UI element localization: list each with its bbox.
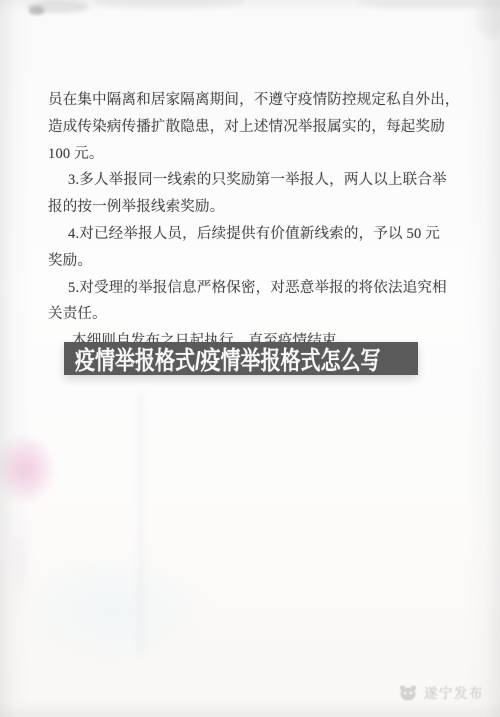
- paper-shadow-smudge: [28, 0, 88, 13]
- doc-line: 100 元。: [48, 141, 462, 168]
- watermark: 遂宁发布: [397, 682, 484, 702]
- headline-banner: 疫情举报格式/疫情举报格式怎么写: [64, 342, 418, 375]
- paper-shadow-smudge: [478, 1, 500, 37]
- panda-logo-icon: [397, 683, 419, 701]
- doc-line: 员在集中隔离和居家隔离期间，不遵守疫情防控规定私自外出，: [48, 87, 462, 114]
- paper-shadow-smudge: [29, 6, 44, 15]
- doc-line: 造成传染病传播扩散隐患，对上述情况举报属实的，每起奖励: [48, 114, 462, 141]
- paper-haze: [0, 535, 230, 685]
- paper-shadow-smudge: [360, 0, 500, 8]
- doc-line-numbered-4: 4.对已经举报人员，后续提供有价值新线索的，予以 50 元: [48, 221, 462, 248]
- paper-crease: [136, 392, 146, 657]
- photo-of-document: 员在集中隔离和居家隔离期间，不遵守疫情防控规定私自外出， 造成传染病传播扩散隐患…: [0, 0, 500, 717]
- doc-line: 报的按一例举报线索奖励。: [48, 194, 462, 221]
- paper-shadow-smudge: [94, 0, 244, 7]
- doc-line: 关责任。: [48, 301, 462, 328]
- doc-line-numbered-3: 3.多人举报同一线索的只奖励第一举报人，两人以上联合举: [48, 167, 462, 194]
- watermark-label: 遂宁发布: [424, 682, 484, 702]
- doc-line: 奖励。: [48, 248, 462, 275]
- document-body: 员在集中隔离和居家隔离期间，不遵守疫情防控规定私自外出， 造成传染病传播扩散隐患…: [48, 87, 462, 355]
- pink-stain-blur: [0, 424, 64, 514]
- pink-streak-blur: [2, 498, 36, 628]
- doc-line-numbered-5: 5.对受理的举报信息严格保密，对恶意举报的将依法追究相: [48, 275, 462, 302]
- headline-text: 疫情举报格式/疫情举报格式怎么写: [75, 341, 381, 377]
